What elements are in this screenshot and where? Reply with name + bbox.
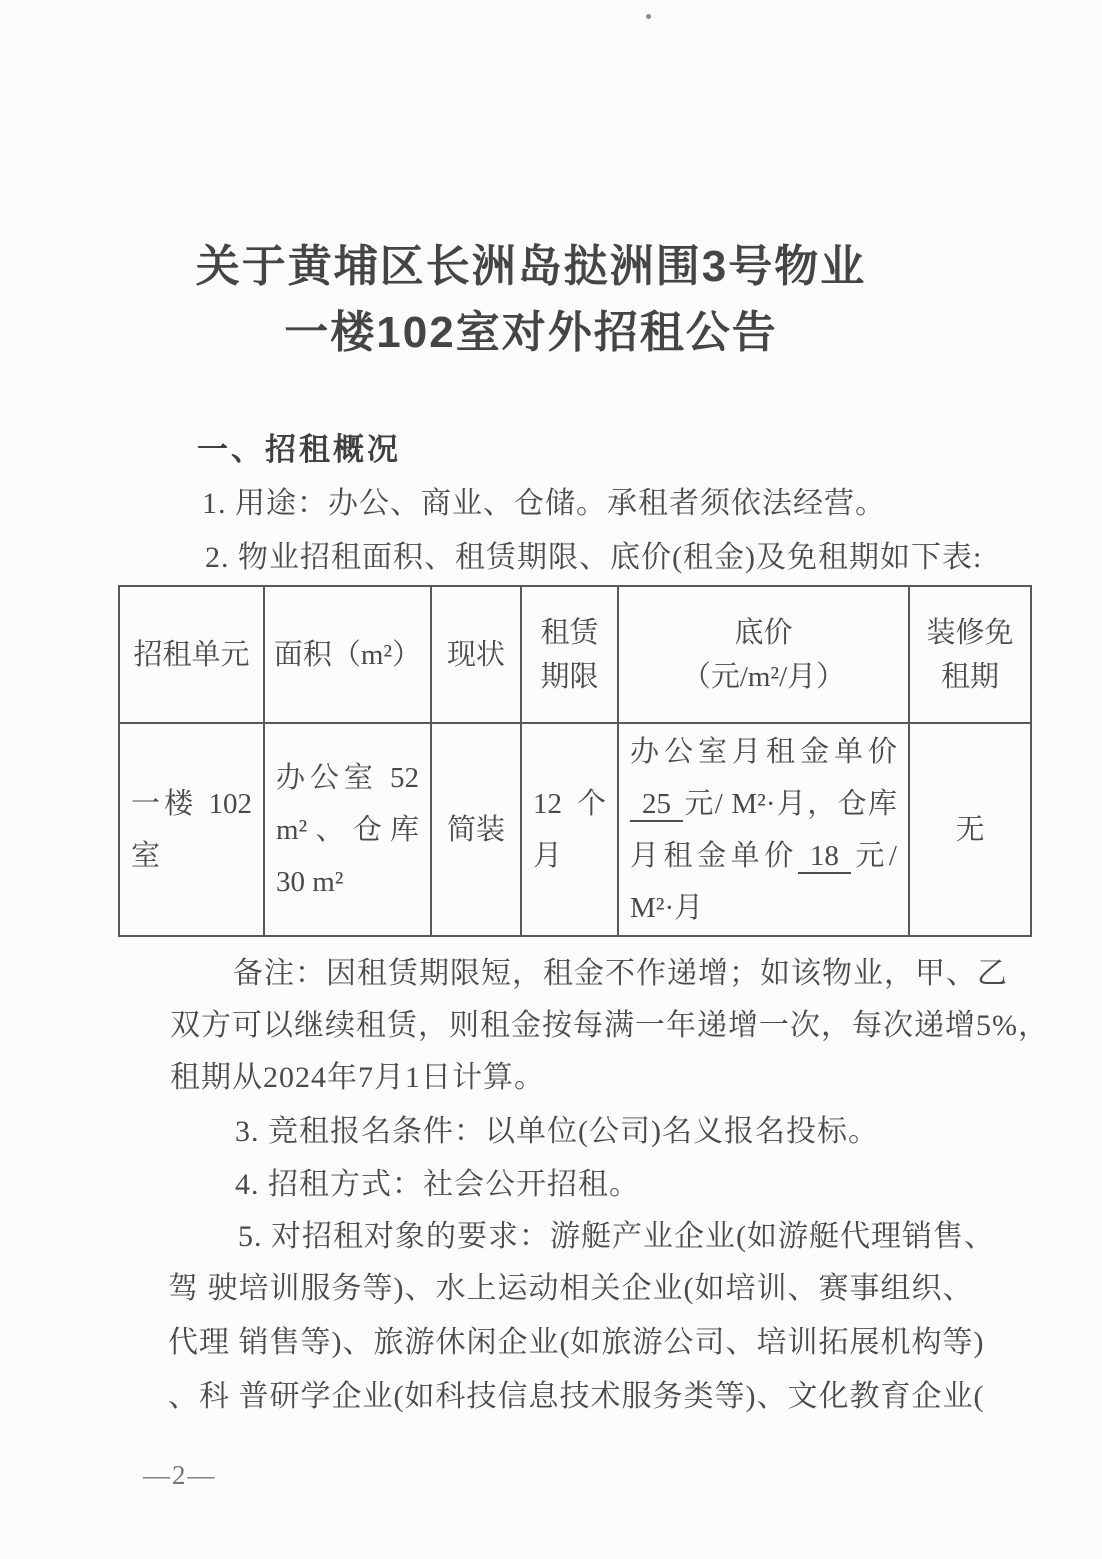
table-cell-unit: 一楼 102 室 (120, 724, 265, 935)
section-heading: 一、招租概况 (197, 424, 401, 469)
paragraph-item5-cont1: 驾 驶培训服务等)、水上运动相关企业(如培训、赛事组织、 (168, 1263, 973, 1307)
price-office-rate-underlined: 25 (630, 788, 683, 822)
table-cell-rentfree: 无 (910, 724, 1030, 935)
table-cell-price: 办公室月租金单价25元/ M²·月，仓库月租金单价18元/ M²·月 (619, 724, 910, 935)
table-header-condition: 现状 (432, 587, 522, 724)
paragraph-item3: 3. 竞租报名条件：以单位(公司)名义报名投标。 (235, 1106, 879, 1150)
document-title: 关于黄埔区长洲岛挞洲围3号物业 一楼102室对外招租公告 (0, 234, 1102, 366)
paragraph-item1: 1. 用途：办公、商业、仓储。承租者须依法经营。 (202, 478, 886, 522)
scan-artifact-dot (646, 14, 651, 19)
document-title-line1: 关于黄埔区长洲岛挞洲围3号物业 (0, 234, 1062, 300)
rental-table: 招租单元 面积（m²） 现状 租赁 期限 底价 （元/m²/月） 装修免 租期 … (118, 585, 1032, 937)
paragraph-item2: 2. 物业招租面积、租赁期限、底价(租金)及免租期如下表: (205, 532, 982, 576)
document-title-line2: 一楼102室对外招租公告 (0, 300, 1062, 366)
price-text-office: 办公室月租金单价 (630, 736, 897, 768)
paragraph-item5-cont2: 代理 销售等)、旅游休闲企业(如旅游公司、培训拓展机构等) (168, 1317, 984, 1361)
table-header-area: 面积（m²） (265, 587, 432, 724)
price-warehouse-rate-underlined: 18 (798, 840, 851, 874)
table-header-rentfree: 装修免 租期 (910, 587, 1030, 724)
remark-line1: 备注：因租赁期限短，租金不作递增；如该物业，甲、乙 (233, 948, 1008, 992)
document-page: 关于黄埔区长洲岛挞洲围3号物业 一楼102室对外招租公告 一、招租概况 1. 用… (0, 0, 1102, 1559)
table-header-term: 租赁 期限 (522, 587, 619, 724)
page-number: —2— (143, 1460, 217, 1491)
table-cell-condition: 简装 (432, 724, 522, 935)
remark-line2: 双方可以继续租赁，则租金按每满一年递增一次，每次递增5%， (170, 1000, 1049, 1044)
table-cell-term: 12 个月 (522, 724, 619, 935)
table-header-unit: 招租单元 (120, 587, 265, 724)
table-cell-area: 办公室 52 m²、仓库 30 m² (265, 724, 432, 935)
table-header-price: 底价 （元/m²/月） (619, 587, 910, 724)
paragraph-item5: 5. 对招租对象的要求：游艇产业企业(如游艇代理销售、 (238, 1211, 995, 1255)
paragraph-item5-cont3: 、科 普研学企业(如科技信息技术服务类等)、文化教育企业( (168, 1371, 984, 1415)
paragraph-item4: 4. 招租方式：社会公开招租。 (235, 1159, 640, 1203)
remark-line3: 租期从2024年7月1日计算。 (170, 1052, 545, 1096)
